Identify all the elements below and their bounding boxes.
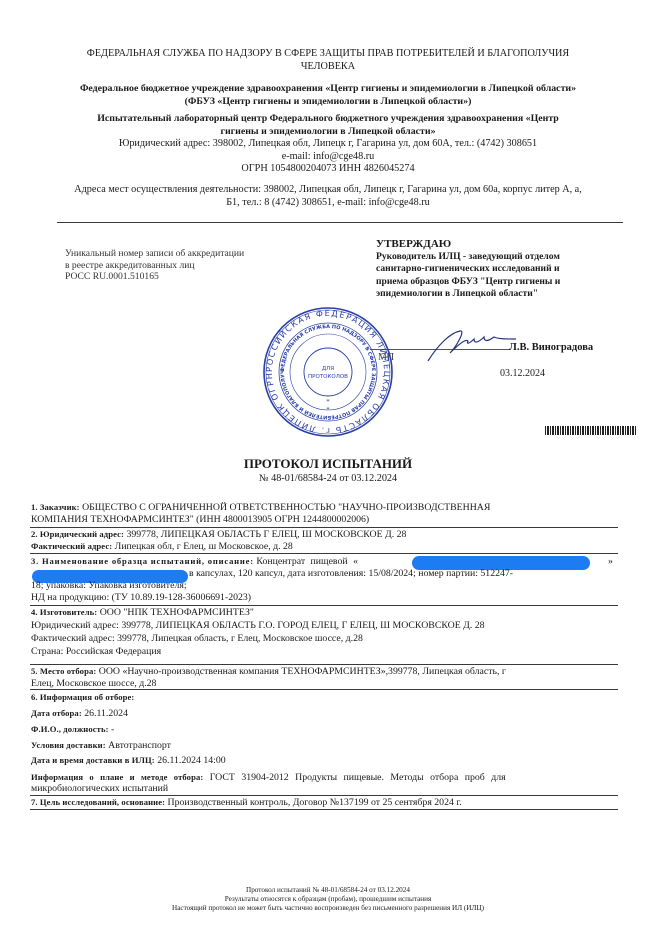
agency-line-2: ЧЕЛОВЕКА (0, 61, 656, 74)
sampling-date-label: Дата отбора: (31, 708, 82, 718)
institution-short: (ФБУЗ «Центр гигиены и эпидемиологии в Л… (0, 96, 656, 109)
svg-text:*: * (326, 398, 330, 406)
sampling-plan-value-line-2: микробиологических испытаний (31, 783, 617, 795)
sampling-place-label: 5. Место отбора: (31, 666, 96, 676)
actual-address-value: Липецкая обл, г Елец, ш Московское, д. 2… (115, 541, 293, 552)
customer-value-line-2: КОМПАНИЯ ТЕХНОФАРМСИНТЕЗ" (ИНН 480001390… (31, 514, 617, 526)
customer-label: 1. Заказчик: (31, 502, 80, 512)
sampling-info-label: 6. Информация об отборе: (31, 692, 134, 702)
official-stamp-icon: РОССИЙСКАЯ ФЕДЕРАЦИЯ ЛИПЕЦКАЯ ОБЛАСТЬ г.… (262, 306, 394, 438)
svg-text:ПРОТОКОЛОВ: ПРОТОКОЛОВ (308, 374, 348, 380)
protocol-number: № 48-01/68584-24 от 03.12.2024 (0, 473, 656, 484)
divider-6 (30, 795, 618, 796)
customer-value-line-1: ОБЩЕСТВО С ОГРАНИЧЕННОЙ ОТВЕТСТВЕННОСТЬЮ… (82, 502, 490, 513)
footer-results-note: Результаты относятся к образцам (пробам)… (0, 895, 656, 904)
activity-addresses: Адреса мест осуществления деятельности: … (0, 184, 656, 209)
protocol-title: ПРОТОКОЛ ИСПЫТАНИЙ (0, 456, 656, 472)
agency-name: ФЕДЕРАЛЬНАЯ СЛУЖБА ПО НАДЗОРУ В СФЕРЕ ЗА… (0, 48, 656, 73)
legal-address-label: 2. Юридический адрес: (31, 529, 124, 539)
approval-block: УТВЕРЖДАЮ Руководитель ИЛЦ - заведующий … (376, 238, 560, 301)
header-divider (57, 222, 623, 223)
delivery-datetime-value: 26.11.2024 14:00 (157, 755, 226, 766)
sampling-plan-row: Информация о плане и методе отбора: ГОСТ… (31, 772, 617, 784)
manufacturer-value: ООО "НПК ТЕХНОФАРМСИНТЕЗ" (100, 607, 254, 618)
manufacturer-country: Страна: Российская Федерация (31, 646, 617, 658)
sample-value-start: Концентрат пищевой « (256, 556, 358, 567)
footer-reproduction-note: Настоящий протокол не может быть частичн… (0, 904, 656, 913)
legal-address-value: 399778, ЛИПЕЦКАЯ ОБЛАСТЬ Г ЕЛЕЦ, Ш МОСКО… (126, 529, 406, 540)
accreditation-line-2: в реестре аккредитованных лиц (65, 260, 244, 272)
approval-title: УТВЕРЖДАЮ (376, 238, 560, 251)
footer-protocol-ref: Протокол испытаний № 48-01/68584-24 от 0… (0, 886, 656, 895)
sampling-place-value-line-2: Елец, Московское шоссе, д.28 (31, 678, 617, 690)
section-sampling-place: 5. Место отбора: ООО «Научно-производств… (31, 666, 617, 678)
lab-block: Испытательный лабораторный центр Федерал… (0, 113, 656, 176)
approval-line-2: санитарно-гигиенических исследований и (376, 263, 560, 276)
sampling-place-value-line-1: ООО «Научно-производственная компания ТЕ… (99, 666, 506, 677)
signer-name: Л.В. Виноградова (509, 342, 593, 353)
institution-full: Федеральное бюджетное учреждение здравоо… (0, 83, 656, 96)
section-customer: 1. Заказчик: ОБЩЕСТВО С ОГРАНИЧЕННОЙ ОТВ… (31, 502, 617, 514)
section-manufacturer: 4. Изготовитель: ООО "НПК ТЕХНОФАРМСИНТЕ… (31, 607, 617, 619)
accreditation-line-1: Уникальный номер записи об аккредитации (65, 248, 244, 260)
manufacturer-legal-address: Юридический адрес: 399778, ЛИПЕЦКАЯ ОБЛА… (31, 620, 617, 632)
lab-name-line-2: гигиены и эпидемиологии в Липецкой облас… (0, 126, 656, 139)
institution-name: Федеральное бюджетное учреждение здравоо… (0, 83, 656, 108)
manufacturer-label: 4. Изготовитель: (31, 607, 97, 617)
divider-7 (30, 809, 618, 810)
sample-label: 3. Наименование образца испытаний, описа… (31, 556, 254, 566)
page-footer: Протокол испытаний № 48-01/68584-24 от 0… (0, 886, 656, 913)
svg-text:*: * (326, 406, 330, 414)
lab-legal-address: Юридический адрес: 398002, Липецкая обл,… (0, 138, 656, 151)
sampler-value: - (111, 724, 114, 735)
activity-address-line-1: Адреса мест осуществления деятельности: … (0, 184, 656, 197)
sampler-row: Ф.И.О., должность: - (31, 724, 617, 736)
svg-text:ДЛЯ: ДЛЯ (322, 366, 334, 372)
purpose-value: Производственный контроль, Договор №1371… (168, 797, 462, 808)
delivery-datetime-label: Дата и время доставки в ИЛЦ: (31, 755, 155, 765)
agency-line-1: ФЕДЕРАЛЬНАЯ СЛУЖБА ПО НАДЗОРУ В СФЕРЕ ЗА… (0, 48, 656, 61)
divider-2 (30, 553, 618, 554)
sampler-label: Ф.И.О., должность: (31, 724, 109, 734)
actual-address-row: Фактический адрес: Липецкая обл, г Елец,… (31, 541, 617, 553)
delivery-datetime-row: Дата и время доставки в ИЛЦ: 26.11.2024 … (31, 755, 617, 767)
actual-address-label: Фактический адрес: (31, 541, 112, 551)
divider-3 (30, 605, 618, 606)
purpose-label: 7. Цель исследований, основание: (31, 797, 165, 807)
section-purpose: 7. Цель исследований, основание: Произво… (31, 797, 617, 809)
divider-1 (30, 527, 618, 528)
lab-name-line-1: Испытательный лабораторный центр Федерал… (0, 113, 656, 126)
approval-date: 03.12.2024 (500, 368, 545, 379)
barcode (545, 426, 637, 435)
approval-line-4: эпидемиологии в Липецкой области" (376, 288, 560, 301)
approval-line-1: Руководитель ИЛЦ - заведующий отделом (376, 251, 560, 264)
lab-ogrn-inn: ОГРН 1054800204073 ИНН 4826045274 (0, 163, 656, 176)
sampling-plan-value-line-1: ГОСТ 31904-2012 Продукты пищевые. Методы… (210, 772, 506, 783)
lab-email: e-mail: info@cge48.ru (0, 151, 656, 164)
sample-value-line-3: 18; упаковка: Упаковка изготовителя; (31, 580, 617, 592)
sample-value-line-2: в капсулах, 120 капсул, дата изготовлени… (189, 568, 513, 580)
signature-icon (420, 325, 520, 365)
accreditation-block: Уникальный номер записи об аккредитации … (65, 248, 244, 283)
divider-4 (30, 664, 618, 665)
divider-5 (30, 689, 618, 690)
section-sampling-info: 6. Информация об отборе: (31, 692, 617, 704)
sampling-date-row: Дата отбора: 26.11.2024 (31, 708, 617, 720)
sampling-plan-label: Информация о плане и методе отбора: (31, 772, 203, 782)
sampling-date-value: 26.11.2024 (84, 708, 128, 719)
manufacturer-actual-address: Фактический адрес: 399778, Липецкая обла… (31, 633, 617, 645)
approval-line-3: приема образцов ФБУЗ "Центр гигиены и (376, 276, 560, 289)
activity-address-line-2: Б1, тел.: 8 (4742) 308651, e-mail: info@… (0, 197, 656, 210)
sample-quote-close: » (608, 556, 613, 567)
delivery-conditions-label: Условия доставки: (31, 740, 106, 750)
section-legal-address: 2. Юридический адрес: 399778, ЛИПЕЦКАЯ О… (31, 529, 617, 541)
delivery-conditions-value: Автотранспорт (108, 740, 171, 751)
sample-normative-doc: НД на продукцию: (ТУ 10.89.19-128-360066… (31, 592, 617, 604)
accreditation-number: РОСС RU.0001.510165 (65, 271, 244, 283)
delivery-conditions-row: Условия доставки: Автотранспорт (31, 740, 617, 752)
